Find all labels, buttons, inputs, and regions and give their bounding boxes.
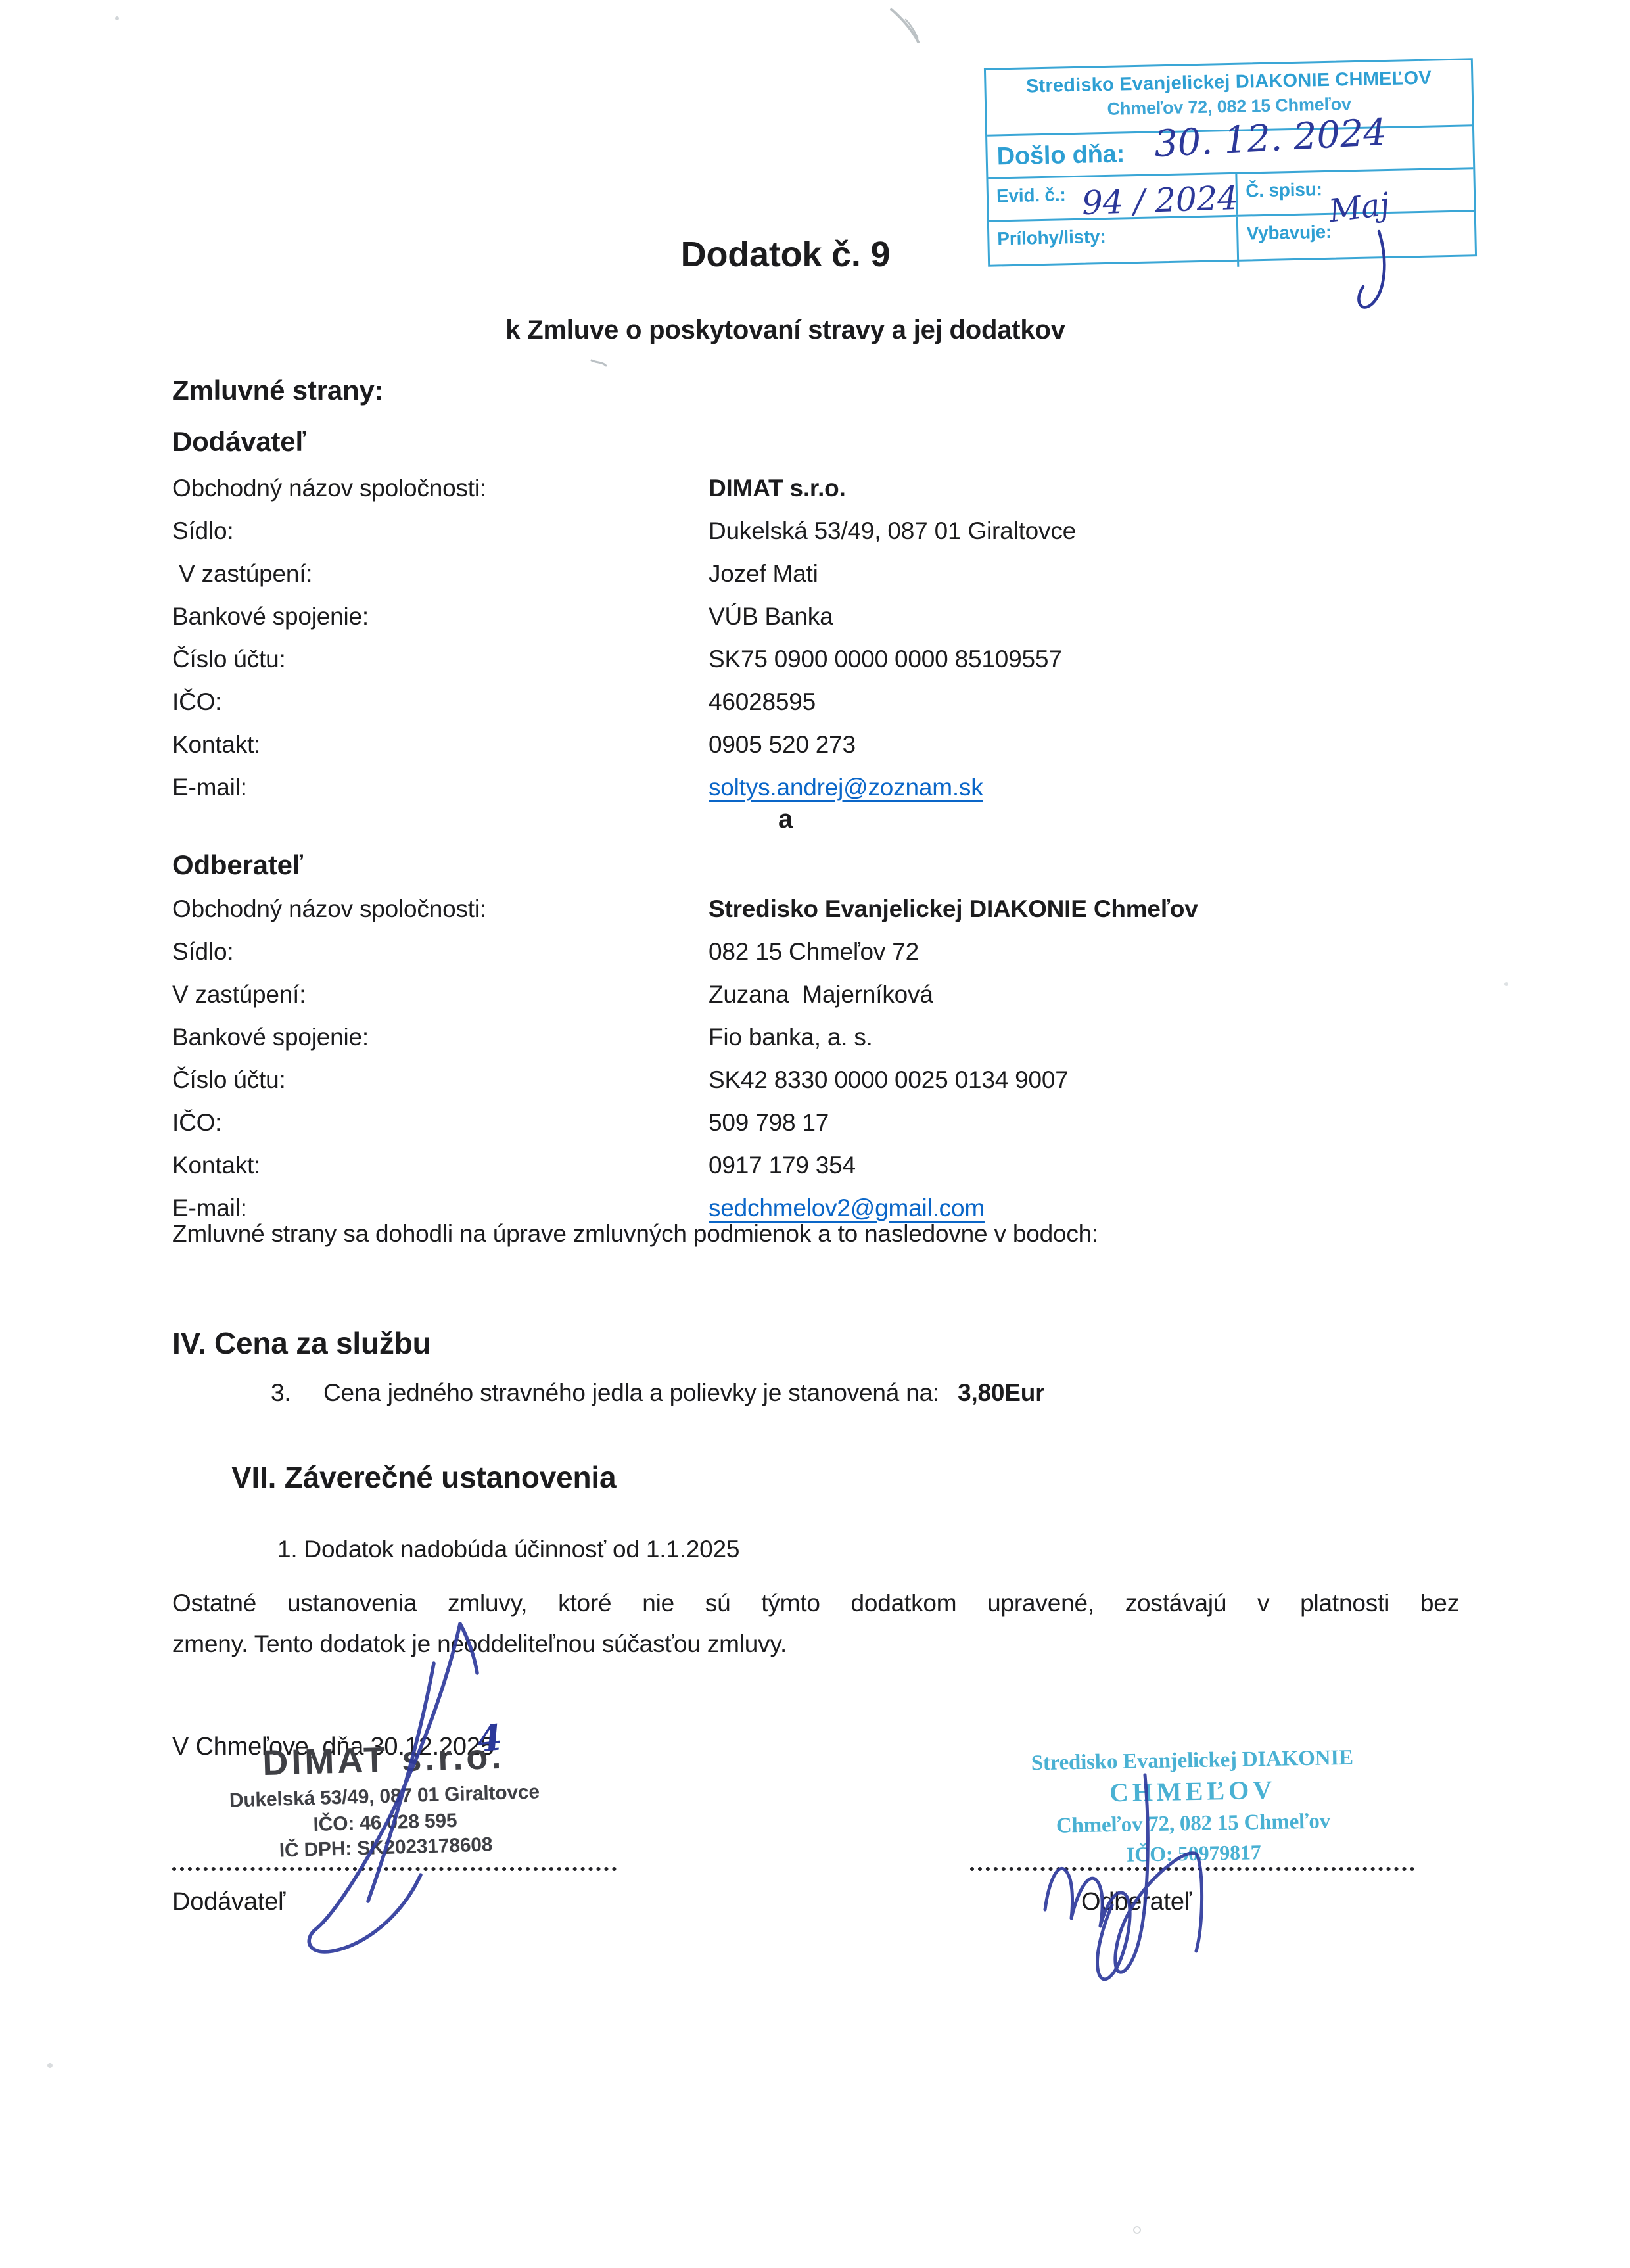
field-value: Jozef Mati (709, 560, 818, 587)
field-label: Kontakt: (172, 1152, 709, 1179)
field-label: Sídlo: (172, 517, 709, 545)
field-value: Stredisko Evanjelickej DIAKONIE Chmeľov (709, 895, 1198, 922)
info-row: Kontakt:0917 179 354 (172, 1152, 1487, 1194)
closing-line-2: zmeny. Tento dodatok je neoddeliteľnou s… (172, 1624, 1459, 1665)
customer-heading: Odberateľ (172, 849, 303, 881)
info-row: Obchodný názov spoločnosti:DIMAT s.r.o. (172, 475, 1487, 517)
price-item: 3.Cena jedného stravného jedla a polievk… (271, 1379, 1044, 1407)
supplier-signature-line (172, 1867, 617, 1871)
document-subtitle: k Zmluve o poskytovaní stravy a jej doda… (0, 316, 1571, 345)
agreement-sentence: Zmluvné strany sa dohodli na úprave zmlu… (172, 1220, 1098, 1248)
info-row: Bankové spojenie:VÚB Banka (172, 603, 1487, 646)
info-row: Sídlo:082 15 Chmeľov 72 (172, 938, 1487, 981)
info-row: IČO:46028595 (172, 688, 1487, 731)
customer-stamp-ico: IČO: 50979817 (993, 1838, 1395, 1870)
customer-info-rows: Obchodný názov spoločnosti:Stredisko Eva… (172, 895, 1487, 1237)
section-iv-heading: IV. Cena za službu (172, 1325, 431, 1361)
closing-line-1: Ostatné ustanovenia zmluvy, ktoré nie sú… (172, 1583, 1459, 1624)
section-vii-heading: VII. Záverečné ustanovenia (231, 1459, 616, 1495)
info-row: Bankové spojenie:Fio banka, a. s. (172, 1024, 1487, 1066)
scanned-contract-page: Stredisko Evanjelickej DIAKONIE CHMEĽOV … (0, 0, 1630, 2268)
file-number-label: Č. spisu: (1246, 179, 1322, 201)
supplier-info-rows: Obchodný názov spoločnosti:DIMAT s.r.o.S… (172, 475, 1487, 816)
closing-paragraph: Ostatné ustanovenia zmluvy, ktoré nie sú… (172, 1583, 1459, 1665)
info-row: Číslo účtu:SK42 8330 0000 0025 0134 9007 (172, 1066, 1487, 1109)
info-row: V zastúpení:Zuzana Majerníková (172, 981, 1487, 1024)
field-label: Kontakt: (172, 731, 709, 759)
field-label: Číslo účtu: (172, 646, 709, 673)
field-label: E-mail: (172, 774, 709, 801)
customer-signature-line (970, 1867, 1414, 1871)
field-value: VÚB Banka (709, 603, 833, 630)
field-label: IČO: (172, 1109, 709, 1137)
email-link[interactable]: sedchmelov2@gmail.com (709, 1194, 985, 1221)
field-value: 509 798 17 (709, 1109, 829, 1136)
customer-stamp-name: Stredisko Evanjelickej DIAKONIE (991, 1745, 1393, 1777)
field-label: V zastúpení: (172, 560, 709, 588)
price-item-text: Cena jedného stravného jedla a polievky … (323, 1379, 939, 1406)
field-value: Dukelská 53/49, 087 01 Giraltovce (709, 517, 1076, 544)
info-row: Sídlo:Dukelská 53/49, 087 01 Giraltovce (172, 517, 1487, 560)
field-value: Zuzana Majerníková (709, 981, 933, 1008)
supplier-heading: Dodávateľ (172, 426, 306, 458)
info-row: V zastúpení:Jozef Mati (172, 560, 1487, 603)
field-label: Obchodný názov spoločnosti: (172, 895, 709, 923)
supplier-signature-label: Dodávateľ (172, 1888, 285, 1916)
customer-stamp-address: Chmeľov 72, 082 15 Chmeľov (992, 1808, 1394, 1840)
parties-heading: Zmluvné strany: (172, 375, 383, 406)
field-label: Číslo účtu: (172, 1066, 709, 1094)
handler-handwritten: Maj (1327, 186, 1391, 230)
info-row: IČO:509 798 17 (172, 1109, 1487, 1152)
field-label: Bankové spojenie: (172, 1024, 709, 1051)
field-value: DIMAT s.r.o. (709, 475, 846, 502)
price-item-number: 3. (271, 1379, 323, 1407)
field-value: SK42 8330 0000 0025 0134 9007 (709, 1066, 1069, 1093)
evid-number-label: Evid. č.: (996, 184, 1066, 206)
field-value: 0905 520 273 (709, 731, 856, 758)
field-value: 082 15 Chmeľov 72 (709, 938, 919, 965)
field-value: 0917 179 354 (709, 1152, 856, 1179)
field-label: Bankové spojenie: (172, 603, 709, 630)
field-label: V zastúpení: (172, 981, 709, 1008)
info-row: Číslo účtu:SK75 0900 0000 0000 85109557 (172, 646, 1487, 688)
customer-company-stamp: Stredisko Evanjelickej DIAKONIE CHMEĽOV … (991, 1745, 1394, 1870)
received-date-label: Došlo dňa: (996, 140, 1125, 171)
separator-a: a (0, 805, 1571, 834)
field-label: Sídlo: (172, 938, 709, 966)
field-value: SK75 0900 0000 0000 85109557 (709, 646, 1062, 673)
field-label: IČO: (172, 688, 709, 716)
info-row: Kontakt:0905 520 273 (172, 731, 1487, 774)
supplier-company-stamp: DIMAT s.r.o. Dukelská 53/49, 087 01 Gira… (196, 1734, 574, 1864)
field-value: Fio banka, a. s. (709, 1024, 873, 1051)
field-label: Obchodný názov spoločnosti: (172, 475, 709, 502)
info-row: Obchodný názov spoločnosti:Stredisko Eva… (172, 895, 1487, 938)
email-link[interactable]: soltys.andrej@zoznam.sk (709, 774, 983, 801)
customer-stamp-town: CHMEĽOV (992, 1772, 1393, 1810)
field-value: 46028595 (709, 688, 816, 715)
field-label: E-mail: (172, 1194, 709, 1222)
price-item-value: 3,80Eur (958, 1379, 1044, 1406)
document-title: Dodatok č. 9 (0, 234, 1571, 275)
evid-number-handwritten: 94 / 2024 (1081, 179, 1239, 222)
customer-signature-label: Odberateľ (1081, 1888, 1192, 1916)
effectiveness-item: 1. Dodatok nadobúda účinnosť od 1.1.2025 (277, 1536, 739, 1563)
